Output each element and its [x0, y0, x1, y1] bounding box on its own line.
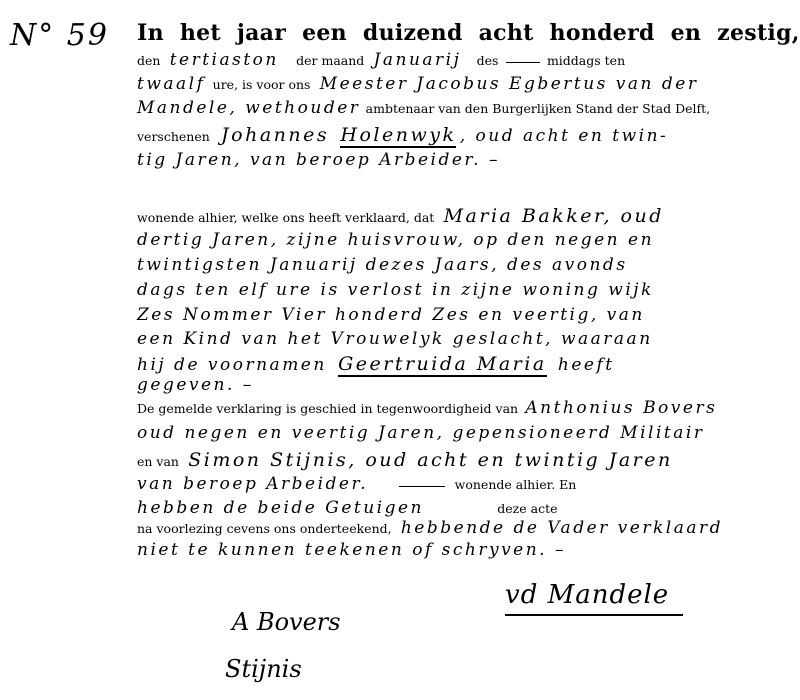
- handwritten-month: Januarij: [374, 50, 462, 70]
- printed-text: den: [137, 53, 160, 68]
- handwritten-text: hebbende de Vader verklaard: [401, 518, 723, 538]
- printed-text: verschenen: [137, 129, 210, 144]
- form-line-15: oud negen en veertig Jaren, gepensioneer…: [137, 423, 704, 443]
- handwritten-text: dertig Jaren, zijne huisvrouw, op den ne…: [137, 230, 654, 250]
- printed-text: wonende alhier. En: [455, 477, 577, 492]
- handwritten-birth-date: twintigsten Januarij dezes Jaars, des av…: [137, 255, 628, 275]
- handwritten-mother-name: Maria Bakker, oud: [444, 205, 664, 227]
- handwritten-official-title: Mandele, wethouder: [137, 98, 360, 118]
- form-line-2: twaalf ure, is voor ons Meester Jacobus …: [137, 74, 698, 94]
- handwritten-text: gegeven. –: [137, 375, 254, 395]
- form-line-16: en van Simon Stijnis, oud acht en twinti…: [137, 449, 673, 471]
- handwritten-text: heeft: [558, 355, 615, 375]
- printed-text: en van: [137, 454, 179, 469]
- form-line-5: tig Jaren, van beroep Arbeider. –: [137, 150, 500, 170]
- form-line-7: dertig Jaren, zijne huisvrouw, op den ne…: [137, 230, 654, 250]
- form-line-20: niet te kunnen teekenen of schryven. –: [137, 540, 566, 560]
- form-line-19: na voorlezing cevens ons onderteekend, h…: [137, 518, 723, 538]
- handwritten-witness2-occupation: van beroep Arbeider.: [137, 474, 368, 494]
- form-line-11: een Kind van het Vrouwelyk geslacht, waa…: [137, 329, 653, 349]
- handwritten-father-firstname: Johannes: [221, 124, 329, 146]
- record-number: N° 59: [10, 18, 109, 53]
- printed-text: ure, is voor ons: [213, 77, 311, 92]
- handwritten-text: niet te kunnen teekenen of schryven. –: [137, 540, 566, 560]
- form-line-13: gegeven. –: [137, 375, 254, 395]
- handwritten-witness1-name: Anthonius Bovers: [525, 398, 717, 418]
- blank-dash: [399, 486, 445, 487]
- form-line-14: De gemelde verklaring is geschied in teg…: [137, 398, 717, 418]
- form-line-12: hij de voornamen Geertruida Maria heeft: [137, 353, 615, 375]
- handwritten-day: tertiaston: [170, 50, 279, 70]
- printed-text: wonende alhier, welke ons heeft verklaar…: [137, 210, 434, 225]
- printed-heading: In het jaar een duizend acht honderd en …: [137, 20, 800, 46]
- form-line-8: twintigsten Januarij dezes Jaars, des av…: [137, 255, 628, 275]
- signature-official: vd Mandele: [505, 580, 683, 616]
- printed-text: middags ten: [547, 53, 625, 68]
- form-line-4: verschenen Johannes Holenwyk , oud acht …: [137, 124, 668, 146]
- form-line-18: hebben de beide Getuigen deze acte: [137, 498, 558, 518]
- handwritten-father-surname: Holenwyk: [340, 124, 456, 148]
- form-line-3: Mandele, wethouder ambtenaar van den Bur…: [137, 98, 710, 118]
- handwritten-witness2-name: Simon Stijnis, oud acht en twintig Jaren: [188, 449, 673, 471]
- form-line-17: van beroep Arbeider. wonende alhier. En: [137, 474, 576, 494]
- form-line-10: Zes Nommer Vier honderd Zes en veertig, …: [137, 305, 645, 325]
- handwritten-official-name: Meester Jacobus Egbertus van der: [320, 74, 699, 94]
- handwritten-sex: een Kind van het Vrouwelyk geslacht, waa…: [137, 329, 653, 349]
- printed-text: deze acte: [497, 501, 557, 516]
- form-line-9: dags ten elf ure is verlost in zijne won…: [137, 280, 654, 300]
- printed-text: De gemelde verklaring is geschied in teg…: [137, 401, 518, 416]
- handwritten-text: hebben de beide Getuigen: [137, 498, 424, 518]
- printed-text: des: [477, 53, 499, 68]
- signature-witness1: A Bovers: [232, 608, 341, 636]
- birth-register-page: N° 59 In het jaar een duizend acht honde…: [0, 0, 800, 700]
- handwritten-child-name: Geertruida Maria: [338, 353, 547, 377]
- printed-text: ambtenaar van den Burgerlijken Stand der…: [366, 101, 711, 116]
- handwritten-birth-time: dags ten elf ure is verlost in zijne won…: [137, 280, 654, 300]
- handwritten-father-age: , oud acht en twin-: [460, 126, 669, 146]
- handwritten-hour: twaalf: [137, 74, 205, 94]
- handwritten-witness1-details: oud negen en veertig Jaren, gepensioneer…: [137, 423, 704, 443]
- form-line-6: wonende alhier, welke ons heeft verklaar…: [137, 205, 664, 227]
- blank-dash: [506, 62, 540, 63]
- handwritten-father-occupation: tig Jaren, van beroep Arbeider. –: [137, 150, 500, 170]
- handwritten-address: Zes Nommer Vier honderd Zes en veertig, …: [137, 305, 645, 325]
- signature-witness2: Stijnis: [225, 655, 302, 683]
- handwritten-text: hij de voornamen: [137, 355, 327, 375]
- printed-text: na voorlezing cevens ons onderteekend,: [137, 521, 392, 536]
- printed-text: der maand: [296, 53, 364, 68]
- form-line-1: den tertiaston der maand Januarij des mi…: [137, 50, 625, 70]
